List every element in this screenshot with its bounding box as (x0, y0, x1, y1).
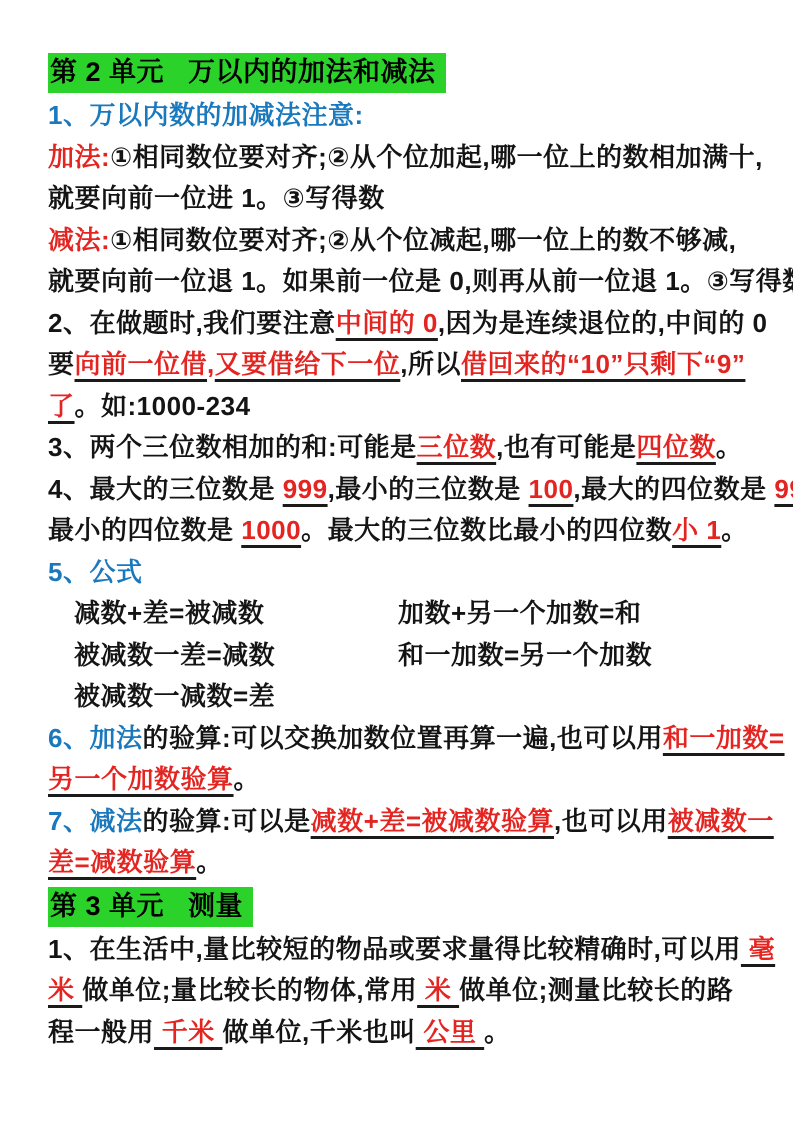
point-2-middle-zero-line-2: 要向前一位借,又要借给下一位,所以借回来的“10”只剩下“9” (48, 344, 763, 386)
text-segment: 做单位;量比较长的物体,常用 (82, 975, 417, 1005)
document-body: 第 2 单元 万以内的加法和减法1、万以内数的加减法注意:加法:①相同数位要对齐… (48, 50, 763, 1053)
text-segment: 1、在生活中,量比较短的物品或要求量得比较精确时,可以用 (48, 934, 741, 964)
text-segment: 的验算:可以交换加数位置再算一遍,也可以用 (142, 723, 662, 753)
formula-text: 和一加数=另一个加数 (398, 635, 652, 677)
text-segment: 9999 (774, 474, 793, 504)
text-segment: 。 (484, 1017, 511, 1047)
measure-point-1-line-1: 1、在生活中,量比较短的物品或要求量得比较精确时,可以用 毫 (48, 929, 763, 971)
addition-rule-line-1: 加法:①相同数位要对齐;②从个位加起,哪一位上的数相加满十, (48, 137, 763, 179)
text-segment: 加法: (48, 142, 110, 172)
point-6-addition-check-line-1: 6、加法的验算:可以交换加数位置再算一遍,也可以用和一加数= (48, 718, 763, 760)
text-segment: 3、两个三位数相加的和:可能是 (48, 432, 417, 462)
formula-text: 加数+另一个加数=和 (398, 593, 641, 635)
text-segment: 7、减法 (48, 806, 142, 836)
subtraction-rule-line-1: 减法:①相同数位要对齐;②从个位减起,哪一位上的数不够减, (48, 220, 763, 262)
section-header-unit2: 第 2 单元 万以内的加法和减法 (48, 50, 763, 95)
text-segment: 6、加法 (48, 723, 142, 753)
section-title: 第 3 单元 测量 (48, 887, 253, 927)
text-segment: ,也有可能是 (496, 432, 636, 462)
text-segment: 2、在做题时,我们要注意 (48, 308, 336, 338)
text-segment: 最小的四位数是 (48, 515, 241, 545)
text-segment: ,也可以用 (554, 806, 668, 836)
text-segment: 减数+差=被减数验算 (311, 806, 554, 836)
text-segment: 米 (417, 975, 459, 1005)
subhead-5-formulas: 5、公式 (48, 552, 763, 594)
point-7-subtraction-check-line-1: 7、减法的验算:可以是减数+差=被减数验算,也可以用被减数一 (48, 801, 763, 843)
text-segment: 。 (716, 432, 743, 462)
text-segment: ,因为是连续退位的,中间的 0 (438, 308, 768, 338)
point-2-middle-zero-line-3: 了。如:1000-234 (48, 386, 763, 428)
text-segment: ,最小的三位数是 (328, 474, 529, 504)
text-segment: 做单位;测量比较长的路 (459, 975, 733, 1005)
addition-rule-line-2: 就要向前一位进 1。③写得数 (48, 178, 763, 220)
text-segment: 就要向前一位进 1。③写得数 (48, 183, 385, 213)
text-segment: 。如:1000-234 (75, 391, 251, 421)
text-segment: 的验算:可以是 (142, 806, 310, 836)
point-4-max-min-line-1: 4、最大的三位数是 999,最小的三位数是 100,最大的四位数是 9999, (48, 469, 763, 511)
formula-row-3: 被减数一减数=差 (48, 676, 763, 718)
text-segment: 了 (48, 391, 75, 421)
text-segment: 。 (234, 764, 261, 794)
measure-point-1-line-2: 米 做单位;量比较长的物体,常用 米 做单位;测量比较长的路 (48, 970, 763, 1012)
section-header-unit3: 第 3 单元 测量 (48, 884, 763, 929)
text-segment: 米 (48, 975, 82, 1005)
subtraction-rule-line-2: 就要向前一位退 1。如果前一位是 0,则再从前一位退 1。③写得数 (48, 261, 763, 303)
text-segment: 公里 (416, 1017, 484, 1047)
point-2-middle-zero-line-1: 2、在做题时,我们要注意中间的 0,因为是连续退位的,中间的 0 (48, 303, 763, 345)
text-segment: 小 1 (672, 515, 721, 545)
text-segment: 5、公式 (48, 557, 142, 587)
text-segment: 就要向前一位退 1。如果前一位是 0,则再从前一位退 1。③写得数 (48, 266, 793, 296)
text-segment: 四位数 (636, 432, 716, 462)
text-segment: 4、最大的三位数是 (48, 474, 283, 504)
measure-point-1-line-3: 程一般用 千米 做单位,千米也叫 公里 。 (48, 1012, 763, 1054)
formula-row-1: 减数+差=被减数加数+另一个加数=和 (48, 593, 763, 635)
subhead-1-addition-subtraction-notes: 1、万以内数的加减法注意: (48, 95, 763, 137)
text-segment: 1、万以内数的加减法注意: (48, 100, 364, 130)
text-segment: 另一个加数验算 (48, 764, 234, 794)
section-title: 第 2 单元 万以内的加法和减法 (48, 53, 446, 93)
point-7-subtraction-check-line-2: 差=减数验算。 (48, 842, 763, 884)
text-segment: 程一般用 (48, 1017, 154, 1047)
formula-text: 被减数一减数=差 (74, 676, 398, 718)
point-4-max-min-line-2: 最小的四位数是 1000。最大的三位数比最小的四位数小 1。 (48, 510, 763, 552)
text-segment: , (207, 349, 215, 379)
formula-text: 被减数一差=减数 (74, 635, 398, 677)
text-segment: 毫 (741, 934, 775, 964)
text-segment: 被减数一 (668, 806, 774, 836)
text-segment: ①相同数位要对齐;②从个位加起,哪一位上的数相加满十, (110, 142, 763, 172)
text-segment: 做单位,千米也叫 (222, 1017, 415, 1047)
point-3-sum-of-two-3digit: 3、两个三位数相加的和:可能是三位数,也有可能是四位数。 (48, 427, 763, 469)
formula-text: 减数+差=被减数 (74, 593, 398, 635)
text-segment: 100 (529, 474, 574, 504)
point-6-addition-check-line-2: 另一个加数验算。 (48, 759, 763, 801)
text-segment: 差=减数验算 (48, 847, 196, 877)
text-segment: 。 (721, 515, 748, 545)
text-segment: ,所以 (400, 349, 461, 379)
text-segment: ①相同数位要对齐;②从个位减起,哪一位上的数不够减, (110, 225, 736, 255)
text-segment: 三位数 (417, 432, 497, 462)
text-segment: 中间的 0 (336, 308, 438, 338)
document-page: 第 2 单元 万以内的加法和减法1、万以内数的加减法注意:加法:①相同数位要对齐… (0, 0, 793, 1122)
text-segment: 减法: (48, 225, 110, 255)
text-segment: ,最大的四位数是 (573, 474, 774, 504)
text-segment: 。最大的三位数比最小的四位数 (301, 515, 672, 545)
text-segment: 又要借给下一位 (215, 349, 401, 379)
text-segment: 999 (283, 474, 328, 504)
text-segment: 千米 (154, 1017, 222, 1047)
text-segment: 1000 (241, 515, 301, 545)
formula-row-2: 被减数一差=减数和一加数=另一个加数 (48, 635, 763, 677)
text-segment: 。 (196, 847, 223, 877)
text-segment: 要 (48, 349, 75, 379)
text-segment: 借回来的“10”只剩下“9” (461, 349, 745, 379)
text-segment: 和一加数= (663, 723, 785, 753)
text-segment: 向前一位借 (75, 349, 208, 379)
